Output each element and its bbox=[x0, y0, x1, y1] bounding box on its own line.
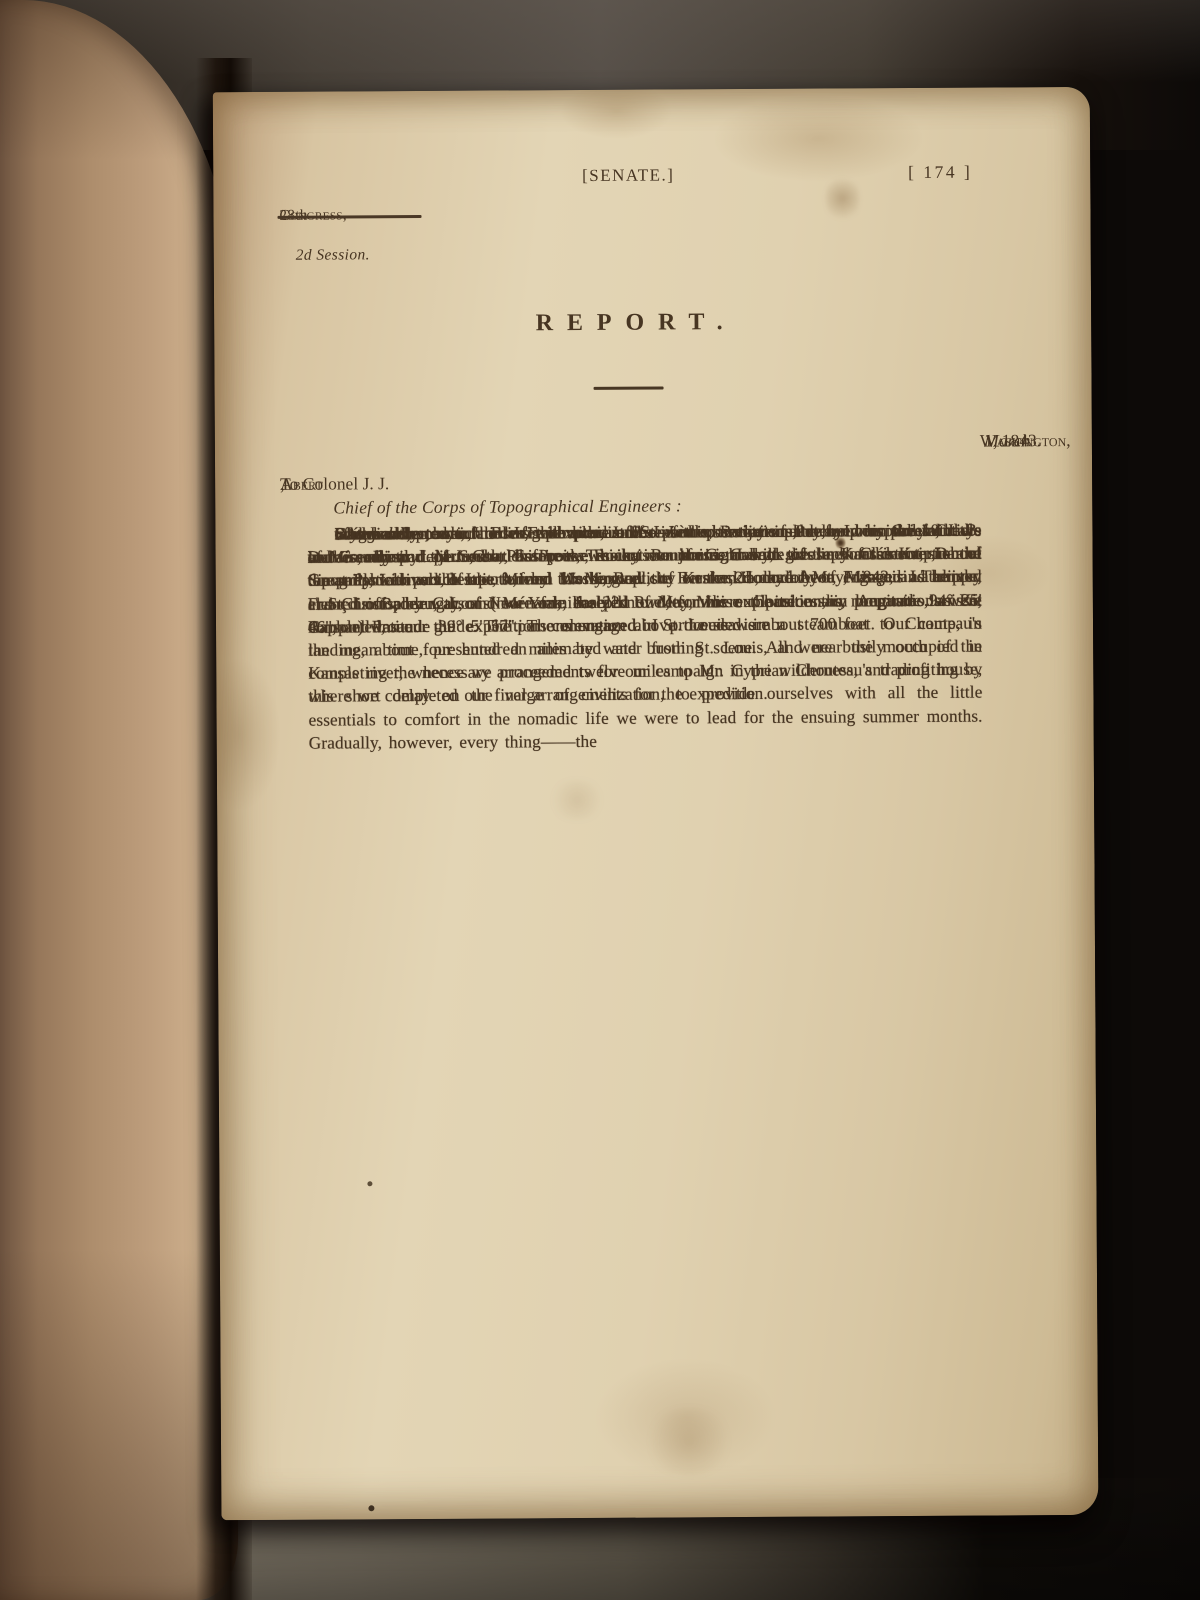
book-photo-scene: 28th Congress, 2d Session. [SENATE.] [ 1… bbox=[0, 0, 1200, 1600]
page-speck bbox=[368, 1505, 374, 1511]
paragraph-names: Clément Lambert, J. B. L'Esperance, J. B… bbox=[280, 519, 981, 523]
ink-blot bbox=[835, 536, 845, 549]
addressee-role: Chief of the Corps of Topographical Engi… bbox=[333, 495, 682, 518]
title-rule bbox=[594, 386, 664, 389]
page-stain bbox=[547, 780, 607, 820]
report-title: REPORT. bbox=[279, 308, 979, 339]
dateline: Washington, March 1, 1843. bbox=[280, 431, 980, 435]
book-page: 28th Congress, 2d Session. [SENATE.] [ 1… bbox=[213, 87, 1099, 1520]
session-line: 2d Session. bbox=[296, 245, 370, 265]
report-body: Sir : Agreeably to your orders to explor… bbox=[280, 519, 981, 523]
congress-line: 28th Congress, bbox=[279, 205, 369, 206]
page-stain bbox=[641, 1407, 737, 1476]
page-speck bbox=[367, 1181, 372, 1186]
header-rule bbox=[278, 215, 422, 218]
dateline-rest: 1, 1843. bbox=[980, 430, 1041, 451]
page-stain bbox=[825, 172, 859, 224]
document-number: [ 174 ] bbox=[278, 162, 978, 187]
